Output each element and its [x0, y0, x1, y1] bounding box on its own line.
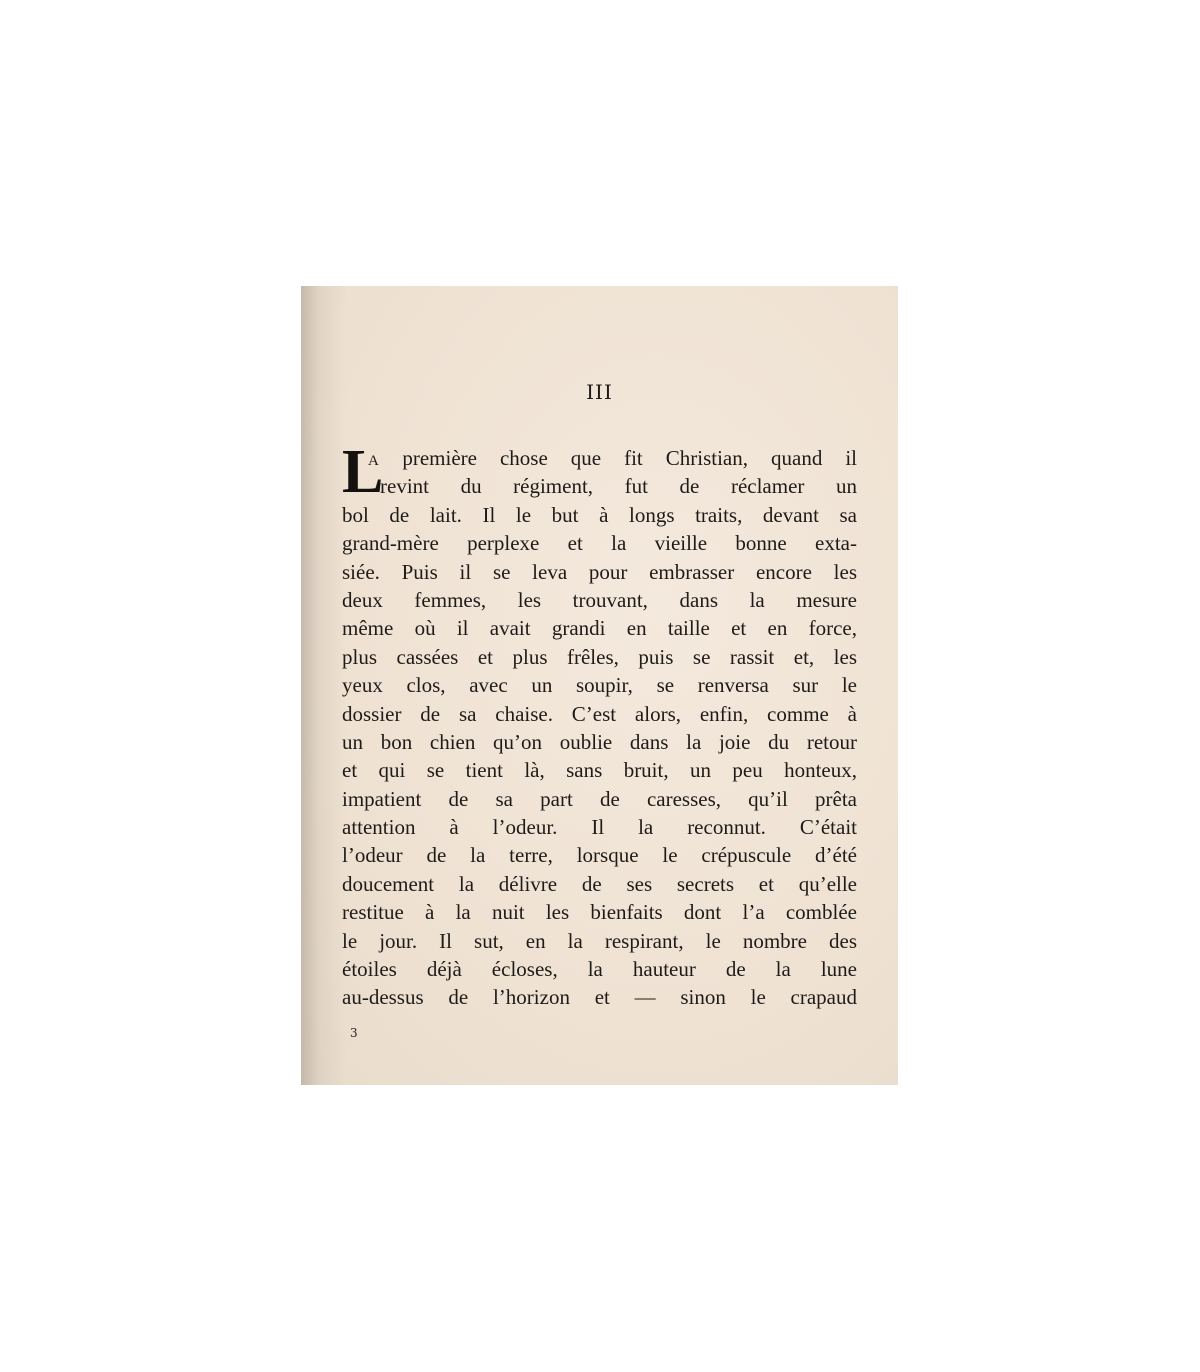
- text-line: doucement la délivre de ses secrets et q…: [342, 870, 857, 898]
- text-line: au-dessus de l’horizon et — sinon le cra…: [342, 983, 857, 1011]
- text-line: plus cassées et plus frêles, puis se ras…: [342, 643, 857, 671]
- text-line: l’odeur de la terre, lorsque le crépuscu…: [342, 841, 857, 869]
- text-line: restitue à la nuit les bienfaits dont l’…: [342, 898, 857, 926]
- text-line: grand-mère perplexe et la vieille bonne …: [342, 529, 857, 557]
- text-line: siée. Puis il se leva pour embrasser enc…: [342, 558, 857, 586]
- body-text: L A première chose que fit Christian, qu…: [342, 444, 857, 1012]
- text-line: même où il avait grandi en taille et en …: [342, 614, 857, 642]
- text-line: revint du régiment, fut de réclamer un: [342, 472, 857, 500]
- text-line: deux femmes, les trouvant, dans la mesur…: [342, 586, 857, 614]
- text-line: yeux clos, avec un soupir, se renversa s…: [342, 671, 857, 699]
- page-number: 3: [350, 1026, 358, 1040]
- chapter-heading: III: [301, 380, 898, 404]
- text-line: attention à l’odeur. Il la reconnut. C’é…: [342, 813, 857, 841]
- text-line: le jour. Il sut, en la respirant, le nom…: [342, 927, 857, 955]
- book-page: III L A première chose que fit Christian…: [301, 286, 898, 1085]
- text-line: un bon chien qu’on oublie dans la joie d…: [342, 728, 857, 756]
- text-line: étoiles déjà écloses, la hauteur de la l…: [342, 955, 857, 983]
- text-line: et qui se tient là, sans bruit, un peu h…: [342, 756, 857, 784]
- text-line: bol de lait. Il le but à longs traits, d…: [342, 501, 857, 529]
- text-line: dossier de sa chaise. C’est alors, enfin…: [342, 700, 857, 728]
- text-line: A première chose que fit Christian, quan…: [342, 444, 857, 472]
- text-line: impatient de sa part de caresses, qu’il …: [342, 785, 857, 813]
- drop-cap: L: [342, 446, 383, 498]
